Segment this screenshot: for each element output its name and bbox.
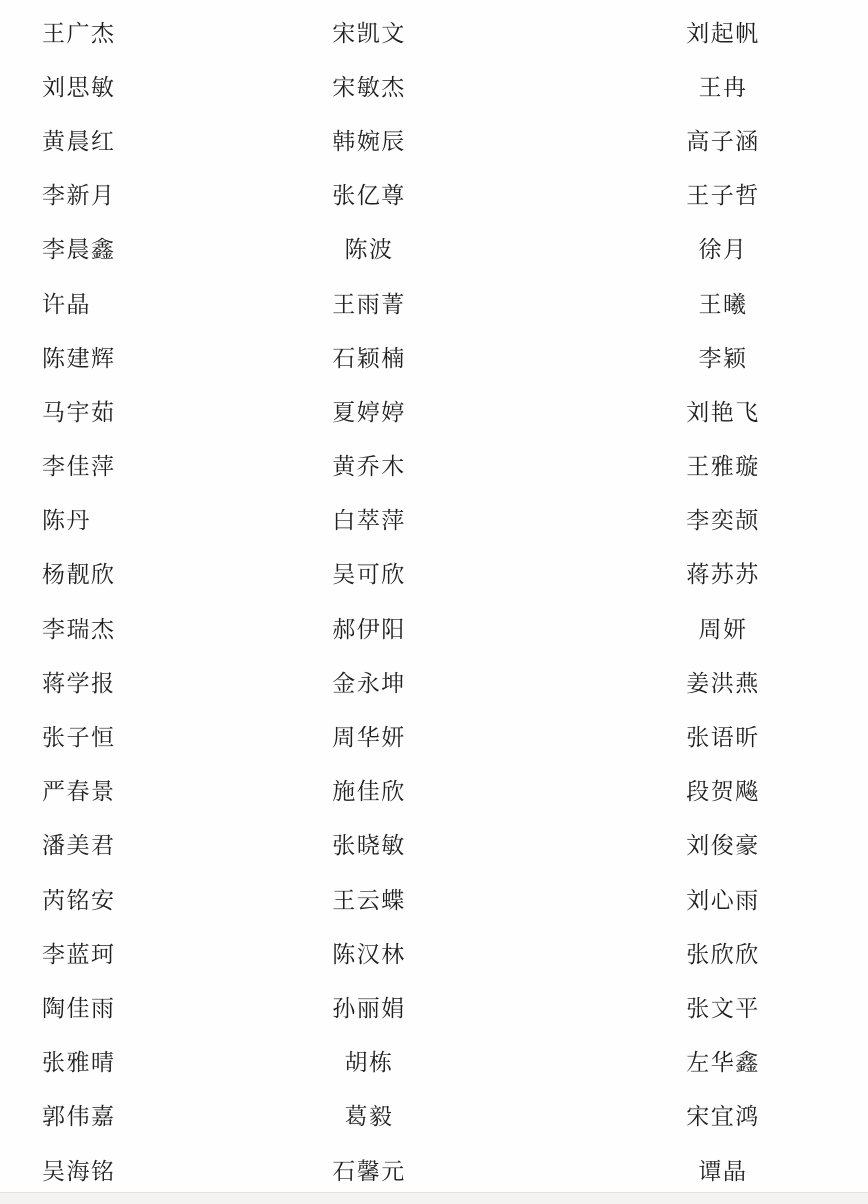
name-cell: 吴可欣 <box>160 563 578 586</box>
name-cell: 蒋苏苏 <box>578 563 868 586</box>
name-cell: 潘美君 <box>0 834 160 857</box>
name-cell: 王冉 <box>578 76 868 99</box>
name-row: 黄晨红韩婉辰高子涵 <box>0 114 868 168</box>
name-cell: 周妍 <box>578 618 868 641</box>
name-cell: 韩婉辰 <box>160 130 578 153</box>
name-row: 芮铭安王云蝶刘心雨 <box>0 873 868 927</box>
name-cell: 施佳欣 <box>160 780 578 803</box>
name-row: 吴海铭石馨元谭晶 <box>0 1144 868 1198</box>
name-cell: 许晶 <box>0 293 160 316</box>
name-cell: 黄乔木 <box>160 455 578 478</box>
name-cell: 石颖楠 <box>160 347 578 370</box>
name-cell: 白萃萍 <box>160 509 578 532</box>
name-cell: 王广杰 <box>0 22 160 45</box>
name-cell: 王子哲 <box>578 184 868 207</box>
name-cell: 郭伟嘉 <box>0 1105 160 1128</box>
name-cell: 刘艳飞 <box>578 401 868 424</box>
name-row: 陈建辉石颖楠李颖 <box>0 331 868 385</box>
name-cell: 王云蝶 <box>160 889 578 912</box>
name-row: 许晶王雨菁王曦 <box>0 277 868 331</box>
name-cell: 宋凯文 <box>160 22 578 45</box>
name-cell: 黄晨红 <box>0 130 160 153</box>
name-cell: 夏婷婷 <box>160 401 578 424</box>
name-cell: 石馨元 <box>160 1160 578 1183</box>
name-cell: 郝伊阳 <box>160 618 578 641</box>
name-row: 潘美君张晓敏刘俊豪 <box>0 819 868 873</box>
name-cell: 张文平 <box>578 997 868 1020</box>
name-cell: 李蓝珂 <box>0 943 160 966</box>
name-cell: 张子恒 <box>0 726 160 749</box>
name-cell: 陈丹 <box>0 509 160 532</box>
name-cell: 姜洪燕 <box>578 672 868 695</box>
name-row: 李蓝珂陈汉林张欣欣 <box>0 927 868 981</box>
name-cell: 刘心雨 <box>578 889 868 912</box>
name-cell: 王雨菁 <box>160 293 578 316</box>
name-cell: 宋敏杰 <box>160 76 578 99</box>
name-list: 王广杰宋凯文刘起帆刘思敏宋敏杰王冉黄晨红韩婉辰高子涵李新月张亿尊王子哲李晨鑫陈波… <box>0 0 868 1198</box>
name-cell: 陈建辉 <box>0 347 160 370</box>
name-cell: 陶佳雨 <box>0 997 160 1020</box>
name-cell: 李颖 <box>578 347 868 370</box>
name-cell: 陈汉林 <box>160 943 578 966</box>
name-cell: 张晓敏 <box>160 834 578 857</box>
page-bottom-edge <box>0 1192 868 1204</box>
name-row: 郭伟嘉葛毅宋宜鸿 <box>0 1090 868 1144</box>
name-cell: 葛毅 <box>160 1105 578 1128</box>
document-page: 王广杰宋凯文刘起帆刘思敏宋敏杰王冉黄晨红韩婉辰高子涵李新月张亿尊王子哲李晨鑫陈波… <box>0 0 868 1204</box>
name-cell: 左华鑫 <box>578 1051 868 1074</box>
name-row: 严春景施佳欣段贺飚 <box>0 765 868 819</box>
name-row: 陈丹白萃萍李奕颉 <box>0 494 868 548</box>
name-row: 李晨鑫陈波徐月 <box>0 223 868 277</box>
name-row: 李新月张亿尊王子哲 <box>0 169 868 223</box>
name-cell: 陈波 <box>160 238 578 261</box>
name-row: 李佳萍黄乔木王雅璇 <box>0 440 868 494</box>
name-cell: 李晨鑫 <box>0 238 160 261</box>
name-cell: 宋宜鸿 <box>578 1105 868 1128</box>
name-row: 张雅晴胡栋左华鑫 <box>0 1036 868 1090</box>
name-row: 陶佳雨孙丽娟张文平 <box>0 981 868 1035</box>
name-cell: 高子涵 <box>578 130 868 153</box>
name-cell: 严春景 <box>0 780 160 803</box>
name-cell: 张语昕 <box>578 726 868 749</box>
name-cell: 李瑞杰 <box>0 618 160 641</box>
name-cell: 刘起帆 <box>578 22 868 45</box>
name-cell: 吴海铭 <box>0 1160 160 1183</box>
name-cell: 徐月 <box>578 238 868 261</box>
name-cell: 李奕颉 <box>578 509 868 532</box>
name-cell: 蒋学报 <box>0 672 160 695</box>
name-cell: 王雅璇 <box>578 455 868 478</box>
name-cell: 周华妍 <box>160 726 578 749</box>
name-row: 刘思敏宋敏杰王冉 <box>0 60 868 114</box>
name-cell: 刘思敏 <box>0 76 160 99</box>
name-cell: 张雅晴 <box>0 1051 160 1074</box>
name-row: 王广杰宋凯文刘起帆 <box>0 6 868 60</box>
name-cell: 刘俊豪 <box>578 834 868 857</box>
name-cell: 李新月 <box>0 184 160 207</box>
name-cell: 谭晶 <box>578 1160 868 1183</box>
name-cell: 杨靓欣 <box>0 563 160 586</box>
name-cell: 马宇茹 <box>0 401 160 424</box>
name-row: 杨靓欣吴可欣蒋苏苏 <box>0 548 868 602</box>
name-cell: 张欣欣 <box>578 943 868 966</box>
name-cell: 芮铭安 <box>0 889 160 912</box>
name-cell: 王曦 <box>578 293 868 316</box>
name-row: 李瑞杰郝伊阳周妍 <box>0 602 868 656</box>
name-cell: 孙丽娟 <box>160 997 578 1020</box>
name-row: 马宇茹夏婷婷刘艳飞 <box>0 385 868 439</box>
name-cell: 金永坤 <box>160 672 578 695</box>
name-cell: 李佳萍 <box>0 455 160 478</box>
name-cell: 段贺飚 <box>578 780 868 803</box>
name-cell: 张亿尊 <box>160 184 578 207</box>
name-row: 蒋学报金永坤姜洪燕 <box>0 656 868 710</box>
name-row: 张子恒周华妍张语昕 <box>0 710 868 764</box>
name-cell: 胡栋 <box>160 1051 578 1074</box>
